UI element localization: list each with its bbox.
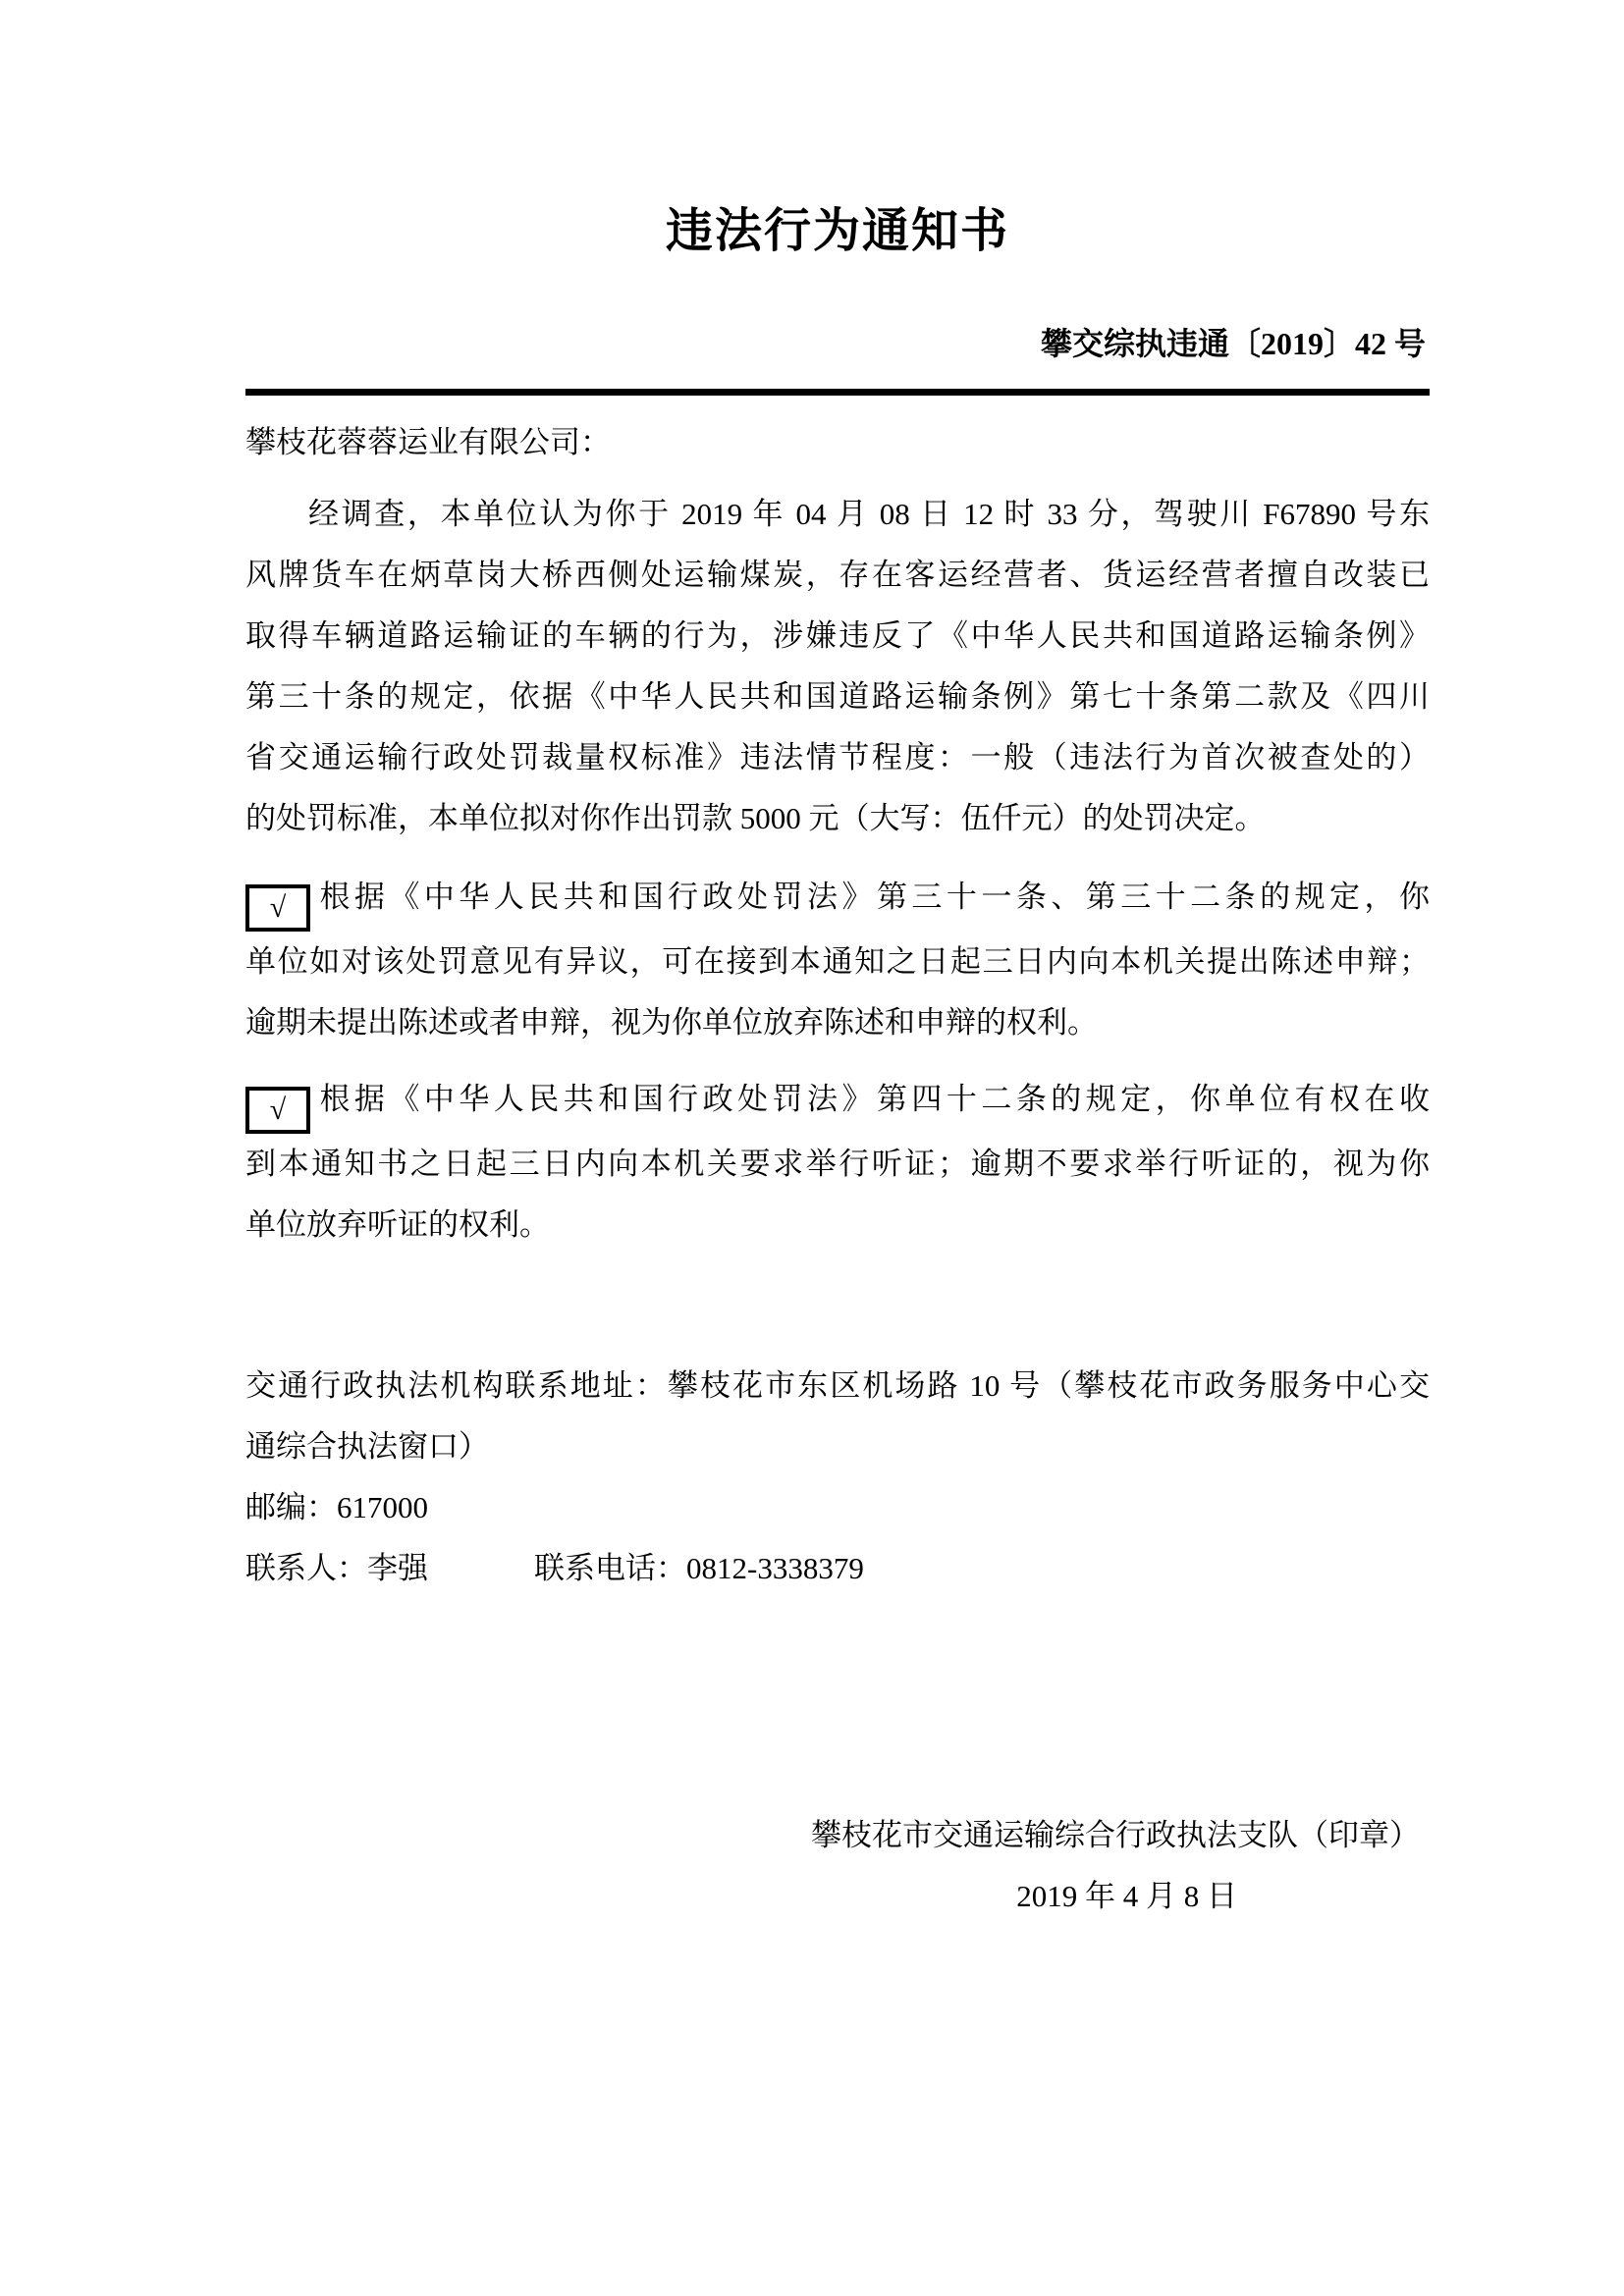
postal-code-line: 邮编：617000 [245, 1477, 1430, 1538]
checkbox-statement-rights: √ [245, 884, 310, 932]
addressee-line: 攀枝花蓉蓉运业有限公司： [245, 412, 1430, 473]
contact-person: 联系人：李强 [245, 1551, 428, 1585]
body-line: 单位如对该处罚意见有异议，可在接到本通知之日起三日内向本机关提出陈述申辩； [245, 932, 1430, 992]
body-line: 取得车辆道路运输证的车辆的行为，涉嫌违反了《中华人民共和国道路运输条例》 [245, 606, 1430, 667]
body-line: 经调查，本单位认为你于 2019 年 04 月 08 日 12 时 33 分，驾… [245, 484, 1430, 545]
body-line: 省交通运输行政处罚裁量权标准》违法情节程度：一般（违法行为首次被查处的） [245, 727, 1430, 788]
issue-date: 2019 年 4 月 8 日 [245, 1866, 1430, 1927]
body-line-text: 根据《中华人民共和国行政处罚法》第四十二条的规定，你单位有权在收 [315, 1082, 1430, 1116]
body-line: 第三十条的规定，依据《中华人民共和国道路运输条例》第七十条第二款及《四川 [245, 667, 1430, 727]
document-number: 攀交综执违通〔2019〕42 号 [245, 324, 1430, 363]
contact-address-line: 通综合执法窗口） [245, 1416, 1430, 1477]
checkmark-icon: √ [270, 1095, 286, 1125]
checkbox-hearing-rights: √ [245, 1087, 310, 1134]
paragraph-hearing-rights: √根据《中华人民共和国行政处罚法》第四十二条的规定，你单位有权在收 到本通知书之… [245, 1069, 1430, 1255]
contact-phone: 联系电话：0812-3338379 [534, 1551, 864, 1585]
header-divider [245, 389, 1430, 396]
body-line: 风牌货车在炳草岗大桥西侧处运输煤炭，存在客运经营者、货运经营者擅自改装已 [245, 545, 1430, 606]
document-title: 违法行为通知书 [245, 0, 1430, 261]
body-line: 到本通知书之日起三日内向本机关要求举行听证；逾期不要求举行听证的，视为你 [245, 1134, 1430, 1195]
contact-person-line: 联系人：李强联系电话：0812-3338379 [245, 1538, 1430, 1599]
paragraph-statement-defense-rights: √根据《中华人民共和国行政处罚法》第三十一条、第三十二条的规定，你 单位如对该处… [245, 867, 1430, 1053]
notice-document-page: 违法行为通知书 攀交综执违通〔2019〕42 号 攀枝花蓉蓉运业有限公司： 经调… [0, 0, 1624, 2296]
body-line: √根据《中华人民共和国行政处罚法》第三十一条、第三十二条的规定，你 [245, 867, 1430, 932]
body-line: 单位放弃听证的权利。 [245, 1195, 1430, 1255]
body-line: √根据《中华人民共和国行政处罚法》第四十二条的规定，你单位有权在收 [245, 1069, 1430, 1134]
paragraph-violation-facts: 经调查，本单位认为你于 2019 年 04 月 08 日 12 时 33 分，驾… [245, 484, 1430, 849]
checkmark-icon: √ [270, 893, 286, 923]
contact-address-line: 交通行政执法机构联系地址：攀枝花市东区机场路 10 号（攀枝花市政务服务中心交 [245, 1356, 1430, 1416]
body-line: 逾期未提出陈述或者申辩，视为你单位放弃陈述和申辩的权利。 [245, 992, 1430, 1053]
contact-info-block: 交通行政执法机构联系地址：攀枝花市东区机场路 10 号（攀枝花市政务服务中心交 … [245, 1356, 1430, 1599]
body-line-text: 根据《中华人民共和国行政处罚法》第三十一条、第三十二条的规定，你 [315, 880, 1430, 914]
issuing-authority-signature: 攀枝花市交通运输综合行政执法支队（印章） [245, 1805, 1430, 1866]
body-line: 的处罚标准，本单位拟对你作出罚款 5000 元（大写：伍仟元）的处罚决定。 [245, 788, 1430, 849]
